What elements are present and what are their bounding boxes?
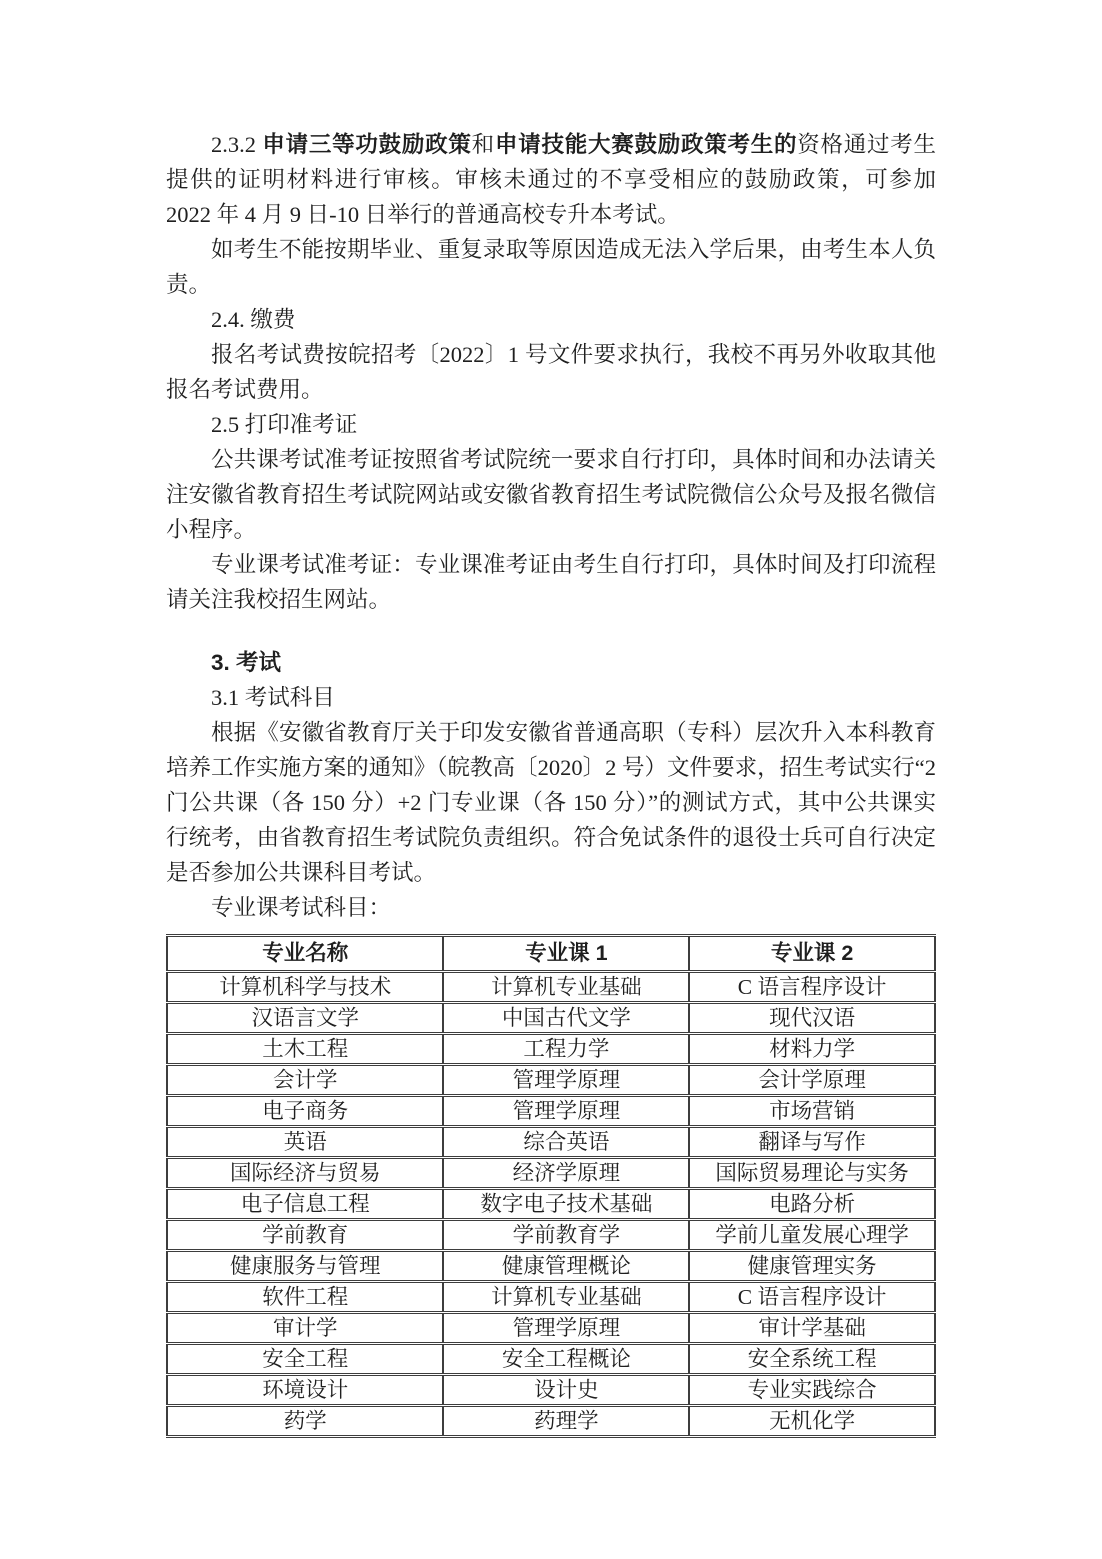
table-cell: 材料力学 bbox=[689, 1034, 935, 1065]
table-cell: 国际经济与贸易 bbox=[167, 1158, 443, 1189]
paragraph-public-course-ticket: 公共课考试准考证按照省考试院统一要求自行打印，具体时间和办法请关注安徽省教育招生… bbox=[166, 442, 936, 547]
table-cell: 翻译与写作 bbox=[689, 1127, 935, 1158]
table-cell: 安全系统工程 bbox=[689, 1344, 935, 1375]
subjects-table: 专业名称专业课 1专业课 2 计算机科学与技术计算机专业基础C 语言程序设计汉语… bbox=[166, 934, 936, 1438]
table-header-cell: 专业名称 bbox=[167, 936, 443, 972]
table-cell: 计算机科学与技术 bbox=[167, 972, 443, 1003]
table-row: 学前教育学前教育学学前儿童发展心理学 bbox=[167, 1220, 935, 1251]
table-cell: 会计学 bbox=[167, 1065, 443, 1096]
table-cell: 管理学原理 bbox=[443, 1096, 689, 1127]
table-cell: 计算机专业基础 bbox=[443, 972, 689, 1003]
table-cell: 专业实践综合 bbox=[689, 1375, 935, 1406]
table-row: 国际经济与贸易经济学原理国际贸易理论与实务 bbox=[167, 1158, 935, 1189]
paragraph-2-3-2-number: 2.3.2 bbox=[211, 132, 262, 157]
heading-2-4-payment: 2.4. 缴费 bbox=[166, 302, 936, 337]
subjects-table-body: 计算机科学与技术计算机专业基础C 语言程序设计汉语言文学中国古代文学现代汉语土木… bbox=[167, 972, 935, 1437]
table-row: 健康服务与管理健康管理概论健康管理实务 bbox=[167, 1251, 935, 1282]
paragraph-liability: 如考生不能按期毕业、重复录取等原因造成无法入学后果，由考生本人负责。 bbox=[166, 232, 936, 302]
table-cell: 管理学原理 bbox=[443, 1065, 689, 1096]
table-cell: 健康服务与管理 bbox=[167, 1251, 443, 1282]
table-cell: C 语言程序设计 bbox=[689, 1282, 935, 1313]
table-cell: 无机化学 bbox=[689, 1406, 935, 1437]
table-cell: 环境设计 bbox=[167, 1375, 443, 1406]
table-cell: 电子信息工程 bbox=[167, 1189, 443, 1220]
table-cell: 审计学基础 bbox=[689, 1313, 935, 1344]
paragraph-fee: 报名考试费按皖招考〔2022〕1 号文件要求执行，我校不再另外收取其他报名考试费… bbox=[166, 337, 936, 407]
table-cell: 药学 bbox=[167, 1406, 443, 1437]
table-cell: 学前教育 bbox=[167, 1220, 443, 1251]
table-row: 电子信息工程数字电子技术基础电路分析 bbox=[167, 1189, 935, 1220]
subjects-table-head: 专业名称专业课 1专业课 2 bbox=[167, 936, 935, 972]
table-cell: 安全工程 bbox=[167, 1344, 443, 1375]
table-row: 汉语言文学中国古代文学现代汉语 bbox=[167, 1003, 935, 1034]
table-cell: 综合英语 bbox=[443, 1127, 689, 1158]
table-cell: 软件工程 bbox=[167, 1282, 443, 1313]
table-cell: 土木工程 bbox=[167, 1034, 443, 1065]
table-row: 土木工程工程力学材料力学 bbox=[167, 1034, 935, 1065]
table-header-cell: 专业课 2 bbox=[689, 936, 935, 972]
table-cell: 中国古代文学 bbox=[443, 1003, 689, 1034]
table-cell: 英语 bbox=[167, 1127, 443, 1158]
table-cell: 设计史 bbox=[443, 1375, 689, 1406]
table-cell: 安全工程概论 bbox=[443, 1344, 689, 1375]
table-cell: 计算机专业基础 bbox=[443, 1282, 689, 1313]
table-row: 英语综合英语翻译与写作 bbox=[167, 1127, 935, 1158]
table-cell: 药理学 bbox=[443, 1406, 689, 1437]
table-cell: 汉语言文学 bbox=[167, 1003, 443, 1034]
table-cell: 健康管理概论 bbox=[443, 1251, 689, 1282]
table-cell: 审计学 bbox=[167, 1313, 443, 1344]
table-cell: 数字电子技术基础 bbox=[443, 1189, 689, 1220]
table-row: 电子商务管理学原理市场营销 bbox=[167, 1096, 935, 1127]
paragraph-exam-plan: 根据《安徽省教育厅关于印发安徽省普通高职（专科）层次升入本科教育培养工作实施方案… bbox=[166, 715, 936, 890]
heading-3-1-exam-subjects: 3.1 考试科目 bbox=[166, 680, 936, 715]
table-row: 会计学管理学原理会计学原理 bbox=[167, 1065, 935, 1096]
table-cell: 经济学原理 bbox=[443, 1158, 689, 1189]
table-cell: 管理学原理 bbox=[443, 1313, 689, 1344]
table-cell: 健康管理实务 bbox=[689, 1251, 935, 1282]
table-cell: C 语言程序设计 bbox=[689, 972, 935, 1003]
table-cell: 电子商务 bbox=[167, 1096, 443, 1127]
table-cell: 会计学原理 bbox=[689, 1065, 935, 1096]
paragraph-major-course-ticket: 专业课考试准考证：专业课准考证由考生自行打印，具体时间及打印流程请关注我校招生网… bbox=[166, 547, 936, 617]
table-row: 药学药理学无机化学 bbox=[167, 1406, 935, 1437]
table-header-cell: 专业课 1 bbox=[443, 936, 689, 972]
table-cell: 学前教育学 bbox=[443, 1220, 689, 1251]
table-cell: 学前儿童发展心理学 bbox=[689, 1220, 935, 1251]
heading-3-exam: 3. 考试 bbox=[166, 645, 936, 680]
table-cell: 现代汉语 bbox=[689, 1003, 935, 1034]
table-row: 计算机科学与技术计算机专业基础C 语言程序设计 bbox=[167, 972, 935, 1003]
paragraph-2-3-2-connector: 和 bbox=[472, 132, 495, 157]
table-cell: 电路分析 bbox=[689, 1189, 935, 1220]
table-row: 安全工程安全工程概论安全系统工程 bbox=[167, 1344, 935, 1375]
bold-phrase-skills-competition: 申请技能大赛鼓励政策考生的 bbox=[495, 132, 797, 157]
document-page: 2.3.2 申请三等功鼓励政策和申请技能大赛鼓励政策考生的资格通过考生提供的证明… bbox=[0, 0, 1102, 1559]
table-cell: 工程力学 bbox=[443, 1034, 689, 1065]
table-cell: 市场营销 bbox=[689, 1096, 935, 1127]
table-row: 软件工程计算机专业基础C 语言程序设计 bbox=[167, 1282, 935, 1313]
paragraph-subjects-intro: 专业课考试科目： bbox=[166, 890, 936, 925]
heading-2-5-print-ticket: 2.5 打印准考证 bbox=[166, 407, 936, 442]
bold-phrase-third-class-merit: 申请三等功鼓励政策 bbox=[262, 132, 471, 157]
table-cell: 国际贸易理论与实务 bbox=[689, 1158, 935, 1189]
table-row: 环境设计设计史专业实践综合 bbox=[167, 1375, 935, 1406]
table-header-row: 专业名称专业课 1专业课 2 bbox=[167, 936, 935, 972]
table-row: 审计学管理学原理审计学基础 bbox=[167, 1313, 935, 1344]
paragraph-2-3-2: 2.3.2 申请三等功鼓励政策和申请技能大赛鼓励政策考生的资格通过考生提供的证明… bbox=[166, 127, 936, 232]
